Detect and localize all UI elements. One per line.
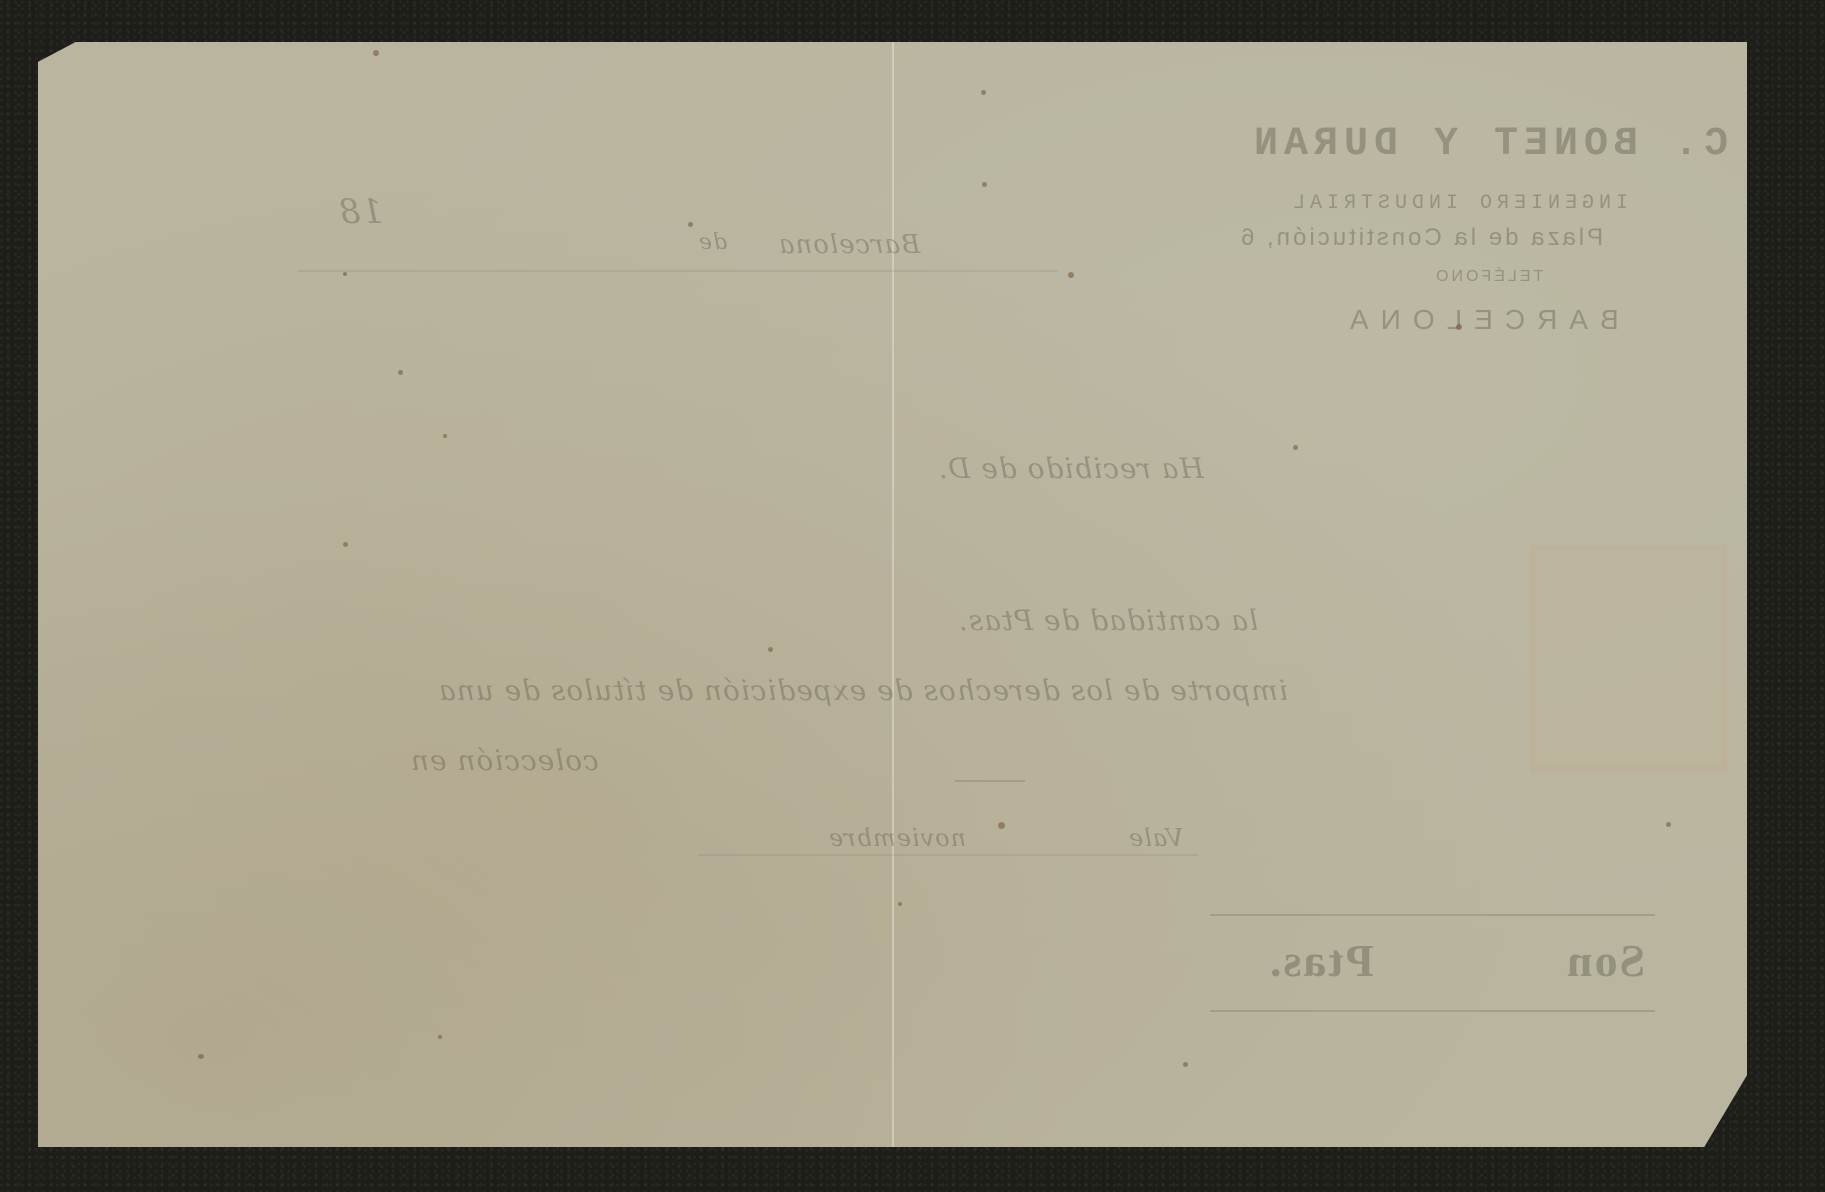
- amount-prefix: Son: [1565, 934, 1645, 987]
- date-year-prefix: 18: [338, 192, 383, 232]
- closing-rule: [698, 854, 1198, 856]
- foxing-spot: [1068, 272, 1074, 278]
- short-rule: [955, 780, 1025, 782]
- date-preposition: de: [698, 230, 727, 255]
- foxing-spot: [443, 434, 447, 438]
- date-place: Barcelona: [778, 230, 920, 260]
- date-rule: [298, 270, 1058, 272]
- foxing-spot: [998, 822, 1005, 829]
- concept-line: importe de los derechos de expedición de…: [438, 674, 1288, 707]
- received-from-line: Ha recibido de D.: [938, 452, 1204, 485]
- foxing-spot: [198, 1054, 204, 1059]
- concept-continuation-line: colección en: [410, 744, 599, 777]
- foxing-spot: [373, 50, 379, 56]
- amount-currency: Ptas.: [1268, 934, 1374, 987]
- foxing-spot: [438, 1035, 442, 1039]
- foxing-spot: [1293, 445, 1298, 450]
- letterhead-name: C. BONET Y DURAN: [1248, 122, 1728, 167]
- letterhead-small-line: TELÉFONO: [1433, 268, 1543, 286]
- foxing-spot: [898, 902, 902, 906]
- foxing-spot: [982, 182, 987, 187]
- letterhead-address: Plaza de la Constitución, 6: [1238, 224, 1603, 252]
- foxing-spot: [398, 370, 403, 375]
- letterhead-title: INGENIERO INDUSTRIAL: [1288, 192, 1628, 215]
- letterhead-city: BARCELONA: [1338, 304, 1619, 336]
- foxing-spot: [343, 542, 348, 547]
- stamp-area: [1530, 545, 1727, 772]
- foxing-spot: [688, 222, 693, 227]
- foxing-spot: [1456, 324, 1462, 330]
- foxing-spot: [768, 647, 773, 652]
- amount-line: la cantidad de Ptas.: [958, 604, 1258, 637]
- closing-word: Vale: [1128, 824, 1183, 852]
- foxing-spot: [343, 272, 347, 276]
- foxing-spot: [981, 90, 986, 95]
- fold-line: [892, 42, 894, 1147]
- foxing-spot: [1183, 1062, 1188, 1067]
- amount-box: Son Ptas.: [1210, 914, 1655, 1012]
- paper-sheet: C. BONET Y DURAN INGENIERO INDUSTRIAL Pl…: [38, 42, 1747, 1147]
- month-word: noviembre: [828, 824, 966, 852]
- foxing-spot: [1666, 822, 1671, 827]
